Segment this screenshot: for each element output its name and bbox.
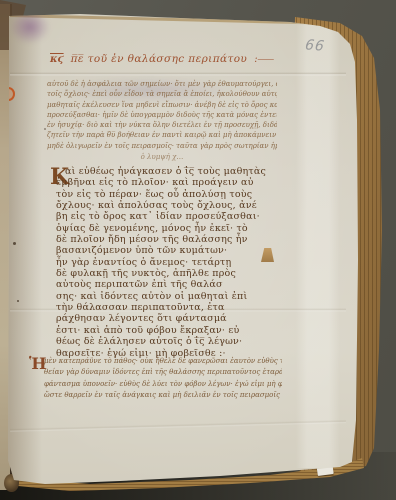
chapter-number: κϛ [50, 54, 64, 65]
scholia-line: αὐτοῦ δὲ ἡ ἀσφάλεια τῶν σημείων· ὅτι μὲν… [47, 79, 277, 89]
scholia-line: ζητεῖν τὴν παρὰ θ̅υ̅ βοήθειαν ἐν παντὶ κ… [47, 130, 277, 140]
wormhole-speck [44, 128, 46, 130]
gospel-line: ἐστι· καὶ ἀπὸ τοῦ φόβου ἔκραξαν· εὐ [56, 325, 278, 336]
scholia-line: τοῖς ὄχλοις· ἐπεὶ οὖν εἶδον τὰ σημεῖα ἃ … [47, 89, 277, 99]
scholia-line: θείαν γὰρ δύναμιν ἰδόντες ἐπὶ τῆς θαλάσσ… [44, 367, 282, 378]
gospel-line: αὐτοὺς περιπατῶν ἐπὶ τῆς θαλάσ [56, 279, 278, 290]
scholia-line: μαθηταῖς ἐκέλευσεν ἵνα μηδενὶ εἴπωσιν· ἀ… [47, 100, 277, 110]
gospel-line: βη εἰς τὸ ὄρος κατ᾽ ἰδίαν προσεύξασθαι· [56, 211, 278, 222]
gospel-text-block: αὶ εὐθέως ἠνάγκασεν ὁ ἰ̅ς̅ τοὺς μαθητὰς … [56, 166, 278, 359]
manuscript-page: 66 κϛ π̅ε̅ τοῦ ἐν θαλάσσηϲ περιπάτου :⸺ … [0, 0, 396, 500]
gospel-line: ράχθησαν λέγοντες ὅτι φάντασμά [56, 313, 278, 324]
scholia-line: ἐν ἡσυχίᾳ· διὸ καὶ τὴν νύκτα ὅλην διετέλ… [47, 120, 277, 130]
scholia-line: μὲν κατεπράϋνε τὸ πάθος· οὐκ ἤθελε δὲ φα… [44, 356, 282, 367]
scholia-bottom-block: μὲν κατεπράϋνε τὸ πάθος· οὐκ ἤθελε δὲ φα… [44, 356, 282, 401]
scholia-top-block: αὐτοῦ δὲ ἡ ἀσφάλεια τῶν σημείων· ὅτι μὲν… [47, 79, 277, 162]
scholia-tail-line: ὁ λυμψή χ… [47, 152, 277, 162]
wormhole-speck [17, 300, 19, 302]
repair-tissue-band [296, 16, 340, 468]
heading-flourish: :⸺ [254, 50, 272, 65]
gospel-line: βασανιζόμενον ὑπὸ τῶν κυμάτων· [56, 245, 278, 256]
gospel-line: θέως δὲ ἐλάλησεν αὐτοῖς ὁ ἰ̅ς̅ λέγων· [56, 336, 278, 347]
wormhole-speck [13, 242, 16, 245]
gospel-line: τὸν εἰς τὸ πέραν· ἕως οὗ ἀπολύσῃ τοὺς [56, 189, 278, 200]
gospel-line: ὄχλους· καὶ ἀπολύσας τοὺς ὄχλους, ἀνέ [56, 200, 278, 211]
gospel-line: τὴν θάλασσαν περιπατοῦντα, ἐτα [56, 302, 278, 313]
gospel-line: αὶ εὐθέως ἠνάγκασεν ὁ ἰ̅ς̅ τοὺς μαθητὰς [56, 166, 278, 177]
scholia-line: φάντασμα ὑπονοεῖν· εὐθὺς δὲ λύει τὸν φόβ… [44, 379, 282, 390]
gospel-line: δὲ πλοῖον ἤδη μέσον τῆς θαλάσσης ἦν [56, 234, 278, 245]
gospel-line: δὲ φυλακῇ τῆς νυκτὸς, ἀπῆλθε πρὸς [56, 268, 278, 279]
crease-line [10, 72, 346, 76]
gospel-line: ἦν γὰρ ἐναντίος ὁ ἄνεμος· τετάρτῃ [56, 257, 278, 268]
scholia-line: μηδὲ ὀλιγωρεῖν ἐν τοῖς πειρασμοῖς· ταῦτα… [47, 141, 277, 151]
scholia-line: προσεύξασθαι· ἡμῖν δὲ ὑπογραμμὸν διδοὺς … [47, 110, 277, 120]
gospel-line: ἐμβῆναι εἰς τὸ πλοῖον· καὶ προάγειν αὐ [56, 177, 278, 188]
chapter-heading: κϛ π̅ε̅ τοῦ ἐν θαλάσσηϲ περιπάτου :⸺ [50, 50, 300, 65]
gospel-line: σης· καὶ ἰδόντες αὐτὸν οἱ μαθηταὶ ἐπὶ [56, 291, 278, 302]
top-leaf-edge-line [10, 14, 336, 25]
chapter-title: π̅ε̅ τοῦ ἐν θαλάσσηϲ περιπάτου [71, 53, 248, 65]
scholia-line: ὥστε θαρρεῖν ἐν ταῖς ἀνάγκαις καὶ μὴ δει… [44, 390, 282, 401]
gospel-line: ὀψίας δὲ γενομένης, μόνος ἦν ἐκεῖ· τὸ [56, 223, 278, 234]
gutter-shadow [8, 14, 42, 482]
